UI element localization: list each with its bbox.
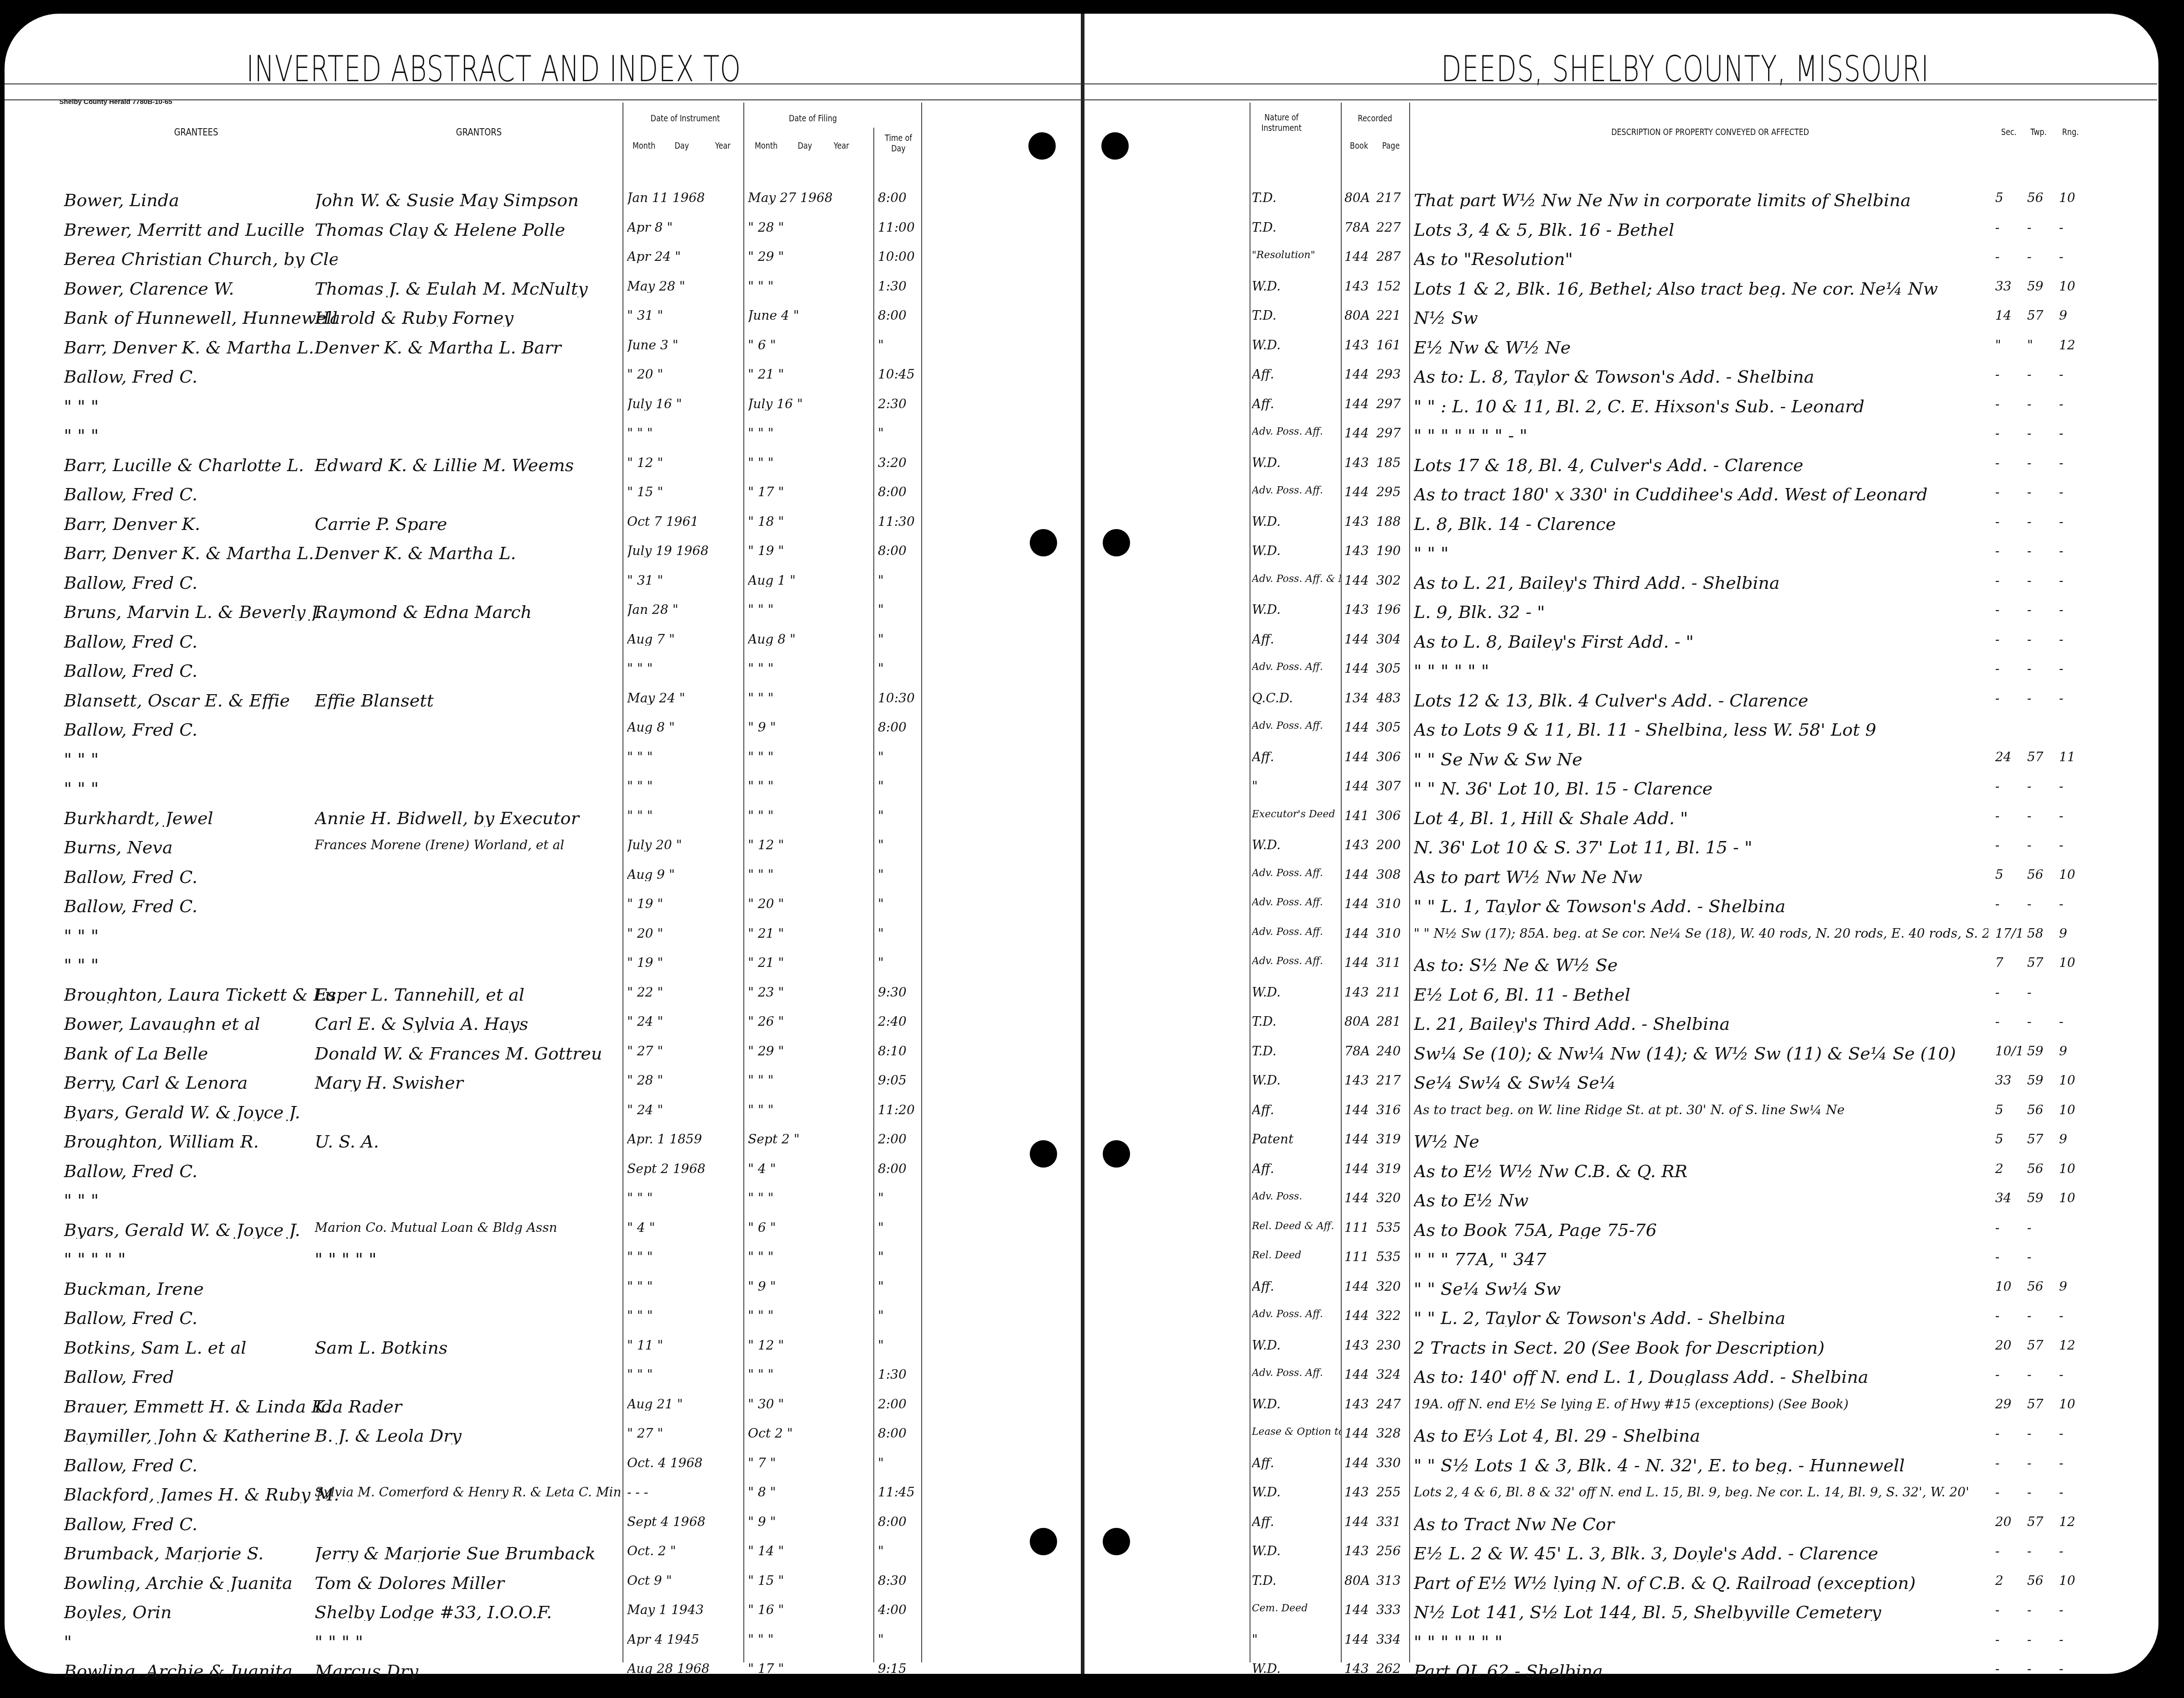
property-description: L. 21, Bailey's Third Add. - Shelbina — [1414, 1015, 1988, 1033]
book-number: 144 — [1344, 633, 1376, 646]
instrument-nature: Aff. — [1252, 633, 1341, 646]
book-number: 144 — [1344, 250, 1376, 263]
range: - — [2059, 1633, 2086, 1646]
filing-time: 8:00 — [878, 1516, 919, 1528]
grantor-name: Raymond & Edna March — [315, 603, 620, 621]
instrument-nature: " — [1252, 780, 1341, 793]
grantee-name: Barr, Denver K. — [64, 515, 337, 533]
page-number: 306 — [1376, 751, 1408, 763]
grantee-name: Burkhardt, Jewel — [64, 810, 337, 827]
grantee-name: Byars, Gerald W. & Joyce J. — [64, 1221, 337, 1239]
range: - — [2059, 1309, 2086, 1322]
range: - — [2059, 810, 2086, 822]
filing-date: " 7 " — [748, 1457, 871, 1470]
property-description: As to tract 180' x 330' in Cuddihee's Ad… — [1414, 486, 1988, 503]
section: - — [1995, 574, 2023, 587]
page-number: 297 — [1376, 398, 1408, 410]
grantor-name: U. S. A. — [315, 1133, 620, 1150]
filing-time: " — [878, 662, 919, 675]
instrument-nature: W.D. — [1252, 1339, 1341, 1352]
instrument-date: Apr. 1 1859 — [627, 1133, 741, 1146]
book-number: 143 — [1344, 1486, 1376, 1499]
filing-date: " " " — [748, 427, 871, 440]
book-number: 144 — [1344, 1516, 1376, 1528]
book-number: 144 — [1344, 662, 1376, 675]
section: 7 — [1995, 956, 2023, 969]
filing-date: " 9 " — [748, 721, 871, 734]
punch-hole — [1101, 132, 1129, 160]
instrument-date: July 20 " — [627, 839, 741, 852]
filing-date: " 14 " — [748, 1545, 871, 1558]
section: - — [1995, 780, 2023, 793]
book-number: 144 — [1344, 427, 1376, 440]
grantee-name: Byars, Gerald W. & Joyce J. — [64, 1104, 337, 1121]
instrument-date: May 1 1943 — [627, 1604, 741, 1616]
filing-date: " 12 " — [748, 839, 871, 852]
page-number: 535 — [1376, 1251, 1408, 1263]
property-description: L. 8, Blk. 14 - Clarence — [1414, 515, 1988, 533]
filing-date: " " " — [748, 810, 871, 822]
range: - — [2059, 457, 2086, 469]
instrument-nature: W.D. — [1252, 545, 1341, 557]
page-number: 331 — [1376, 1516, 1408, 1528]
filing-time: " — [878, 427, 919, 440]
range: 11 — [2059, 751, 2086, 763]
property-description: " " " — [1414, 545, 1988, 562]
page-number: 311 — [1376, 956, 1408, 969]
section: 5 — [1995, 192, 2023, 204]
filing-time: " — [878, 1280, 919, 1293]
section: - — [1995, 1251, 2023, 1263]
grantee-name: " " " " " — [64, 1251, 337, 1268]
filing-date: July 16 " — [748, 398, 871, 410]
col-header-description: DESCRIPTION OF PROPERTY CONVEYED OR AFFE… — [1551, 127, 1870, 137]
filing-time: 8:00 — [878, 192, 919, 204]
filing-time: 8:00 — [878, 309, 919, 322]
filing-time: 2:30 — [878, 398, 919, 410]
grantor-name: Ida Rader — [315, 1398, 620, 1415]
instrument-nature: T.D. — [1252, 192, 1341, 204]
filing-time: 1:30 — [878, 1368, 919, 1381]
property-description: Lots 1 & 2, Blk. 16, Bethel; Also tract … — [1414, 280, 1988, 297]
range: 12 — [2059, 339, 2086, 352]
instrument-date: May 28 " — [627, 280, 741, 293]
instrument-nature: Cem. Deed — [1252, 1604, 1341, 1614]
instrument-nature: Aff. — [1252, 368, 1341, 381]
instrument-nature: Adv. Poss. Aff. — [1252, 1368, 1341, 1378]
township: - — [2027, 1662, 2054, 1675]
township: 59 — [2027, 280, 2054, 293]
filing-date: June 4 " — [748, 309, 871, 322]
page-number: 320 — [1376, 1192, 1408, 1205]
filing-date: " 21 " — [748, 956, 871, 969]
instrument-nature: Adv. Poss. Aff. — [1252, 721, 1341, 731]
filing-date: " " " — [748, 662, 871, 675]
township: - — [2027, 250, 2054, 263]
book-number: 144 — [1344, 898, 1376, 910]
section: - — [1995, 986, 2023, 999]
page-number: 322 — [1376, 1309, 1408, 1322]
book-number: 134 — [1344, 692, 1376, 705]
property-description: As to: 140' off N. end L. 1, Douglass Ad… — [1414, 1368, 1988, 1386]
instrument-date: " 24 " — [627, 1104, 741, 1116]
instrument-nature: W.D. — [1252, 280, 1341, 293]
township: - — [2027, 545, 2054, 557]
page-number: 307 — [1376, 780, 1408, 793]
instrument-date: " " " — [627, 1368, 741, 1381]
township: 56 — [2027, 868, 2054, 881]
page-number: 305 — [1376, 721, 1408, 734]
instrument-date: " " " — [627, 810, 741, 822]
section: - — [1995, 486, 2023, 498]
range: 10 — [2059, 1163, 2086, 1175]
township: - — [2027, 898, 2054, 910]
section: 2 — [1995, 1163, 2023, 1175]
instrument-nature: Aff. — [1252, 398, 1341, 410]
grantee-name: Ballow, Fred C. — [64, 868, 337, 886]
township: - — [2027, 1015, 2054, 1028]
range: 10 — [2059, 1104, 2086, 1116]
instrument-date: " 19 " — [627, 956, 741, 969]
instrument-nature: Aff. — [1252, 1163, 1341, 1175]
col-header-rng: Rng. — [2057, 127, 2084, 137]
township: - — [2027, 1633, 2054, 1646]
instrument-nature: T.D. — [1252, 1045, 1341, 1058]
township: - — [2027, 603, 2054, 616]
grantee-name: " " " — [64, 1192, 337, 1209]
section: 5 — [1995, 1133, 2023, 1146]
township: 57 — [2027, 1398, 2054, 1411]
property-description: Sw¼ Se (10); & Nw¼ Nw (14); & W½ Sw (11)… — [1414, 1045, 1988, 1062]
section: - — [1995, 457, 2023, 469]
range: 10 — [2059, 1398, 2086, 1411]
filing-time: " — [878, 898, 919, 910]
grantor-name: Sam L. Botkins — [315, 1339, 620, 1356]
filing-time: 11:30 — [878, 515, 919, 528]
grantee-name: Ballow, Fred C. — [64, 486, 337, 503]
filing-date: Aug 8 " — [748, 633, 871, 646]
book-number: 111 — [1344, 1221, 1376, 1234]
range: - — [2059, 545, 2086, 557]
col-divider — [1341, 103, 1342, 1662]
punch-hole — [1028, 132, 1056, 160]
property-description: 19A. off N. end E½ Se lying E. of Hwy #1… — [1414, 1398, 1988, 1411]
instrument-date: " 15 " — [627, 486, 741, 498]
page-number: 247 — [1376, 1398, 1408, 1411]
range: - — [2059, 1015, 2086, 1028]
filing-time: " — [878, 751, 919, 763]
property-description: Lots 12 & 13, Blk. 4 Culver's Add. - Cla… — [1414, 692, 1988, 709]
filing-time: " — [878, 1633, 919, 1646]
township: - — [2027, 368, 2054, 381]
instrument-nature: Adv. Poss. Aff. — [1252, 956, 1341, 966]
property-description: Part OL 62 - Shelbina — [1414, 1662, 1988, 1680]
property-description: As to E½ Nw — [1414, 1192, 1988, 1209]
instrument-nature: Aff. — [1252, 751, 1341, 763]
instrument-date: Oct. 2 " — [627, 1545, 741, 1558]
page-number: 333 — [1376, 1604, 1408, 1616]
grantee-name: Ballow, Fred C. — [64, 368, 337, 385]
range: 9 — [2059, 309, 2086, 322]
page-number: 297 — [1376, 427, 1408, 440]
grantee-name: " — [64, 1633, 337, 1651]
book-number: 144 — [1344, 368, 1376, 381]
property-description: E½ Nw & W½ Ne — [1414, 339, 1988, 356]
filing-date: " 23 " — [748, 986, 871, 999]
filing-time: " — [878, 633, 919, 646]
filing-time: 8:00 — [878, 545, 919, 557]
page-number: 262 — [1376, 1662, 1408, 1675]
grantor-name: Jerry & Marjorie Sue Brumback — [315, 1545, 620, 1562]
col-header-date-of-instrument: Date of Instrument — [625, 113, 746, 124]
property-description: " " " " " " " - " — [1414, 427, 1988, 444]
range: - — [2059, 633, 2086, 646]
property-description: As to tract beg. on W. line Ridge St. at… — [1414, 1104, 1988, 1116]
col-header-filing-year: Year — [825, 140, 857, 151]
instrument-nature: Adv. Poss. Aff. — [1252, 927, 1341, 937]
township: - — [2027, 1251, 2054, 1263]
col-divider — [1409, 103, 1410, 1662]
page-number: 287 — [1376, 250, 1408, 263]
filing-time: 8:00 — [878, 721, 919, 734]
col-header-inst-year: Year — [705, 140, 741, 151]
property-description: " " Se¼ Sw¼ Sw — [1414, 1280, 1988, 1298]
filing-time: 2:40 — [878, 1015, 919, 1028]
filing-date: " 29 " — [748, 250, 871, 263]
section: - — [1995, 1604, 2023, 1616]
grantee-name: " " " — [64, 398, 337, 415]
range: - — [2059, 1368, 2086, 1381]
range: - — [2059, 515, 2086, 528]
grantee-name: Barr, Denver K. & Martha L. — [64, 545, 337, 562]
filing-date: " 21 " — [748, 927, 871, 940]
range: 12 — [2059, 1516, 2086, 1528]
filing-date: " " " — [748, 692, 871, 705]
range: - — [2059, 1486, 2086, 1499]
filing-time: " — [878, 780, 919, 793]
range: - — [2059, 898, 2086, 910]
book-number: 143 — [1344, 545, 1376, 557]
grantee-name: Ballow, Fred C. — [64, 633, 337, 650]
filing-date: " 17 " — [748, 486, 871, 498]
section: - — [1995, 1015, 2023, 1028]
grantee-name: Blansett, Oscar E. & Effie — [64, 692, 337, 709]
section: - — [1995, 898, 2023, 910]
filing-time: " — [878, 603, 919, 616]
property-description: " " S½ Lots 1 & 3, Blk. 4 - N. 32', E. t… — [1414, 1457, 1988, 1474]
property-description: Lot 4, Bl. 1, Hill & Shale Add. " — [1414, 810, 1988, 827]
filing-time: 11:00 — [878, 221, 919, 234]
book-number: 144 — [1344, 927, 1376, 940]
property-description: N. 36' Lot 10 & S. 37' Lot 11, Bl. 15 - … — [1414, 839, 1988, 856]
grantor-name: Esper L. Tannehill, et al — [315, 986, 620, 1003]
filing-date: " 19 " — [748, 545, 871, 557]
section: - — [1995, 692, 2023, 705]
instrument-date: Apr 4 1945 — [627, 1633, 741, 1646]
col-header-date-of-filing: Date of Filing — [746, 113, 880, 124]
section: - — [1995, 603, 2023, 616]
col-header-inst-day: Day — [666, 140, 698, 151]
filing-date: " 20 " — [748, 898, 871, 910]
page-number: 310 — [1376, 898, 1408, 910]
instrument-nature: W.D. — [1252, 839, 1341, 852]
filing-date: " 4 " — [748, 1163, 871, 1175]
instrument-date: Oct 7 1961 — [627, 515, 741, 528]
filing-time: 10:30 — [878, 692, 919, 705]
grantor-name: Donald W. & Frances M. Gottreu — [315, 1045, 620, 1062]
instrument-date: Sept 4 1968 — [627, 1516, 741, 1528]
township: - — [2027, 662, 2054, 675]
property-description: As to Tract Nw Ne Cor — [1414, 1516, 1988, 1533]
grantee-name: Brewer, Merritt and Lucille — [64, 221, 337, 239]
section: - — [1995, 1633, 2023, 1646]
grantee-name: " " " — [64, 927, 337, 945]
instrument-nature: Adv. Poss. Aff. — [1252, 427, 1341, 437]
book-number: 144 — [1344, 574, 1376, 587]
property-description: N½ Lot 141, S½ Lot 144, Bl. 5, Shelbyvil… — [1414, 1604, 1988, 1621]
page-number: 334 — [1376, 1633, 1408, 1646]
range: - — [2059, 780, 2086, 793]
page-number: 324 — [1376, 1368, 1408, 1381]
header-rule-bottom — [5, 99, 2157, 100]
range: - — [2059, 486, 2086, 498]
instrument-date: " 12 " — [627, 457, 741, 469]
township: - — [2027, 398, 2054, 410]
book-number: 78A — [1344, 221, 1376, 234]
filing-date: " 21 " — [748, 368, 871, 381]
instrument-nature: W.D. — [1252, 603, 1341, 616]
section: - — [1995, 368, 2023, 381]
page-number: 217 — [1376, 1074, 1408, 1087]
page-number: 281 — [1376, 1015, 1408, 1028]
page-number: 320 — [1376, 1280, 1408, 1293]
range: - — [2059, 1662, 2086, 1675]
township: - — [2027, 986, 2054, 999]
grantee-name: Barr, Denver K. & Martha L. — [64, 339, 337, 356]
township: - — [2027, 633, 2054, 646]
grantor-name: " " " " — [315, 1633, 620, 1651]
range: - — [2059, 574, 2086, 587]
page-number: 227 — [1376, 221, 1408, 234]
book-number: 144 — [1344, 1633, 1376, 1646]
grantor-name: Annie H. Bidwell, by Executor — [315, 810, 620, 827]
section: - — [1995, 1221, 2023, 1234]
grantee-name: Broughton, Laura Tickett & Lugen Lee Tea… — [64, 986, 337, 1003]
township: 57 — [2027, 956, 2054, 969]
book-number: 143 — [1344, 603, 1376, 616]
instrument-date: " " " — [627, 427, 741, 440]
section: - — [1995, 1662, 2023, 1675]
instrument-date: " 19 " — [627, 898, 741, 910]
page-number: 295 — [1376, 486, 1408, 498]
filing-time: 10:45 — [878, 368, 919, 381]
page-number: 313 — [1376, 1574, 1408, 1587]
grantee-name: Ballow, Fred C. — [64, 1309, 337, 1327]
instrument-nature: T.D. — [1252, 1015, 1341, 1028]
page-number: 535 — [1376, 1221, 1408, 1234]
book-number: 144 — [1344, 956, 1376, 969]
instrument-date: " 31 " — [627, 574, 741, 587]
filing-date: " " " — [748, 280, 871, 293]
grantee-name: Bower, Clarence W. — [64, 280, 337, 297]
section: - — [1995, 633, 2023, 646]
filing-time: " — [878, 1221, 919, 1234]
book-number: 80A — [1344, 1574, 1376, 1587]
book-number: 144 — [1344, 1604, 1376, 1616]
township: " — [2027, 339, 2054, 352]
range: 10 — [2059, 1192, 2086, 1205]
instrument-date: Aug 7 " — [627, 633, 741, 646]
instrument-date: Oct 9 " — [627, 1574, 741, 1587]
section: 2 — [1995, 1574, 2023, 1587]
section: - — [1995, 1427, 2023, 1440]
page-number: 161 — [1376, 339, 1408, 352]
book-number: 143 — [1344, 1662, 1376, 1675]
section: 10 — [1995, 1280, 2023, 1293]
filing-date: Aug 1 " — [748, 574, 871, 587]
property-description: " " : L. 10 & 11, Bl. 2, C. E. Hixson's … — [1414, 398, 1988, 415]
filing-time: " — [878, 810, 919, 822]
grantee-name: Barr, Lucille & Charlotte L. — [64, 457, 337, 474]
section: - — [1995, 515, 2023, 528]
instrument-date: " 22 " — [627, 986, 741, 999]
grantee-name: " " " — [64, 751, 337, 768]
instrument-date: " " " — [627, 780, 741, 793]
filing-date: " " " — [748, 457, 871, 469]
property-description: Lots 17 & 18, Bl. 4, Culver's Add. - Cla… — [1414, 457, 1988, 474]
col-header-book: Book — [1343, 140, 1375, 151]
township: 59 — [2027, 1045, 2054, 1058]
page-number: 190 — [1376, 545, 1408, 557]
col-header-twp: Twp. — [2025, 127, 2052, 137]
property-description: " " L. 1, Taylor & Towson's Add. - Shelb… — [1414, 898, 1988, 915]
filing-time: " — [878, 868, 919, 881]
grantee-name: Baymiller, John & Katherine — [64, 1427, 337, 1444]
instrument-date: - - - — [627, 1486, 741, 1499]
page-number: 185 — [1376, 457, 1408, 469]
instrument-date: Aug 9 " — [627, 868, 741, 881]
book-number: 143 — [1344, 986, 1376, 999]
book-number: 144 — [1344, 780, 1376, 793]
instrument-nature: T.D. — [1252, 221, 1341, 234]
filing-time: " — [878, 927, 919, 940]
grantee-name: " " " — [64, 956, 337, 974]
instrument-nature: Executor's Deed — [1252, 810, 1341, 820]
property-description: As to part W½ Nw Ne Nw — [1414, 868, 1988, 886]
grantee-name: Botkins, Sam L. et al — [64, 1339, 337, 1356]
instrument-nature: Adv. Poss. Aff. — [1252, 486, 1341, 496]
book-number: 143 — [1344, 457, 1376, 469]
instrument-nature: W.D. — [1252, 1662, 1341, 1675]
filing-time: 8:00 — [878, 486, 919, 498]
grantor-name: Thomas Clay & Helene Polle — [315, 221, 620, 239]
grantor-name: Denver K. & Martha L. Barr — [315, 339, 620, 356]
col-divider — [743, 103, 744, 1662]
page-number: 316 — [1376, 1104, 1408, 1116]
book-number: 80A — [1344, 192, 1376, 204]
grantee-name: Ballow, Fred — [64, 1368, 337, 1386]
township: 56 — [2027, 1280, 2054, 1293]
book-number: 80A — [1344, 1015, 1376, 1028]
col-header-recorded: Recorded — [1343, 113, 1407, 124]
township: - — [2027, 1604, 2054, 1616]
book-number: 144 — [1344, 751, 1376, 763]
punch-hole — [1103, 529, 1130, 556]
punch-hole — [1030, 529, 1057, 556]
property-description: " " L. 2, Taylor & Towson's Add. - Shelb… — [1414, 1309, 1988, 1327]
book-number: 143 — [1344, 1398, 1376, 1411]
township: - — [2027, 1486, 2054, 1499]
